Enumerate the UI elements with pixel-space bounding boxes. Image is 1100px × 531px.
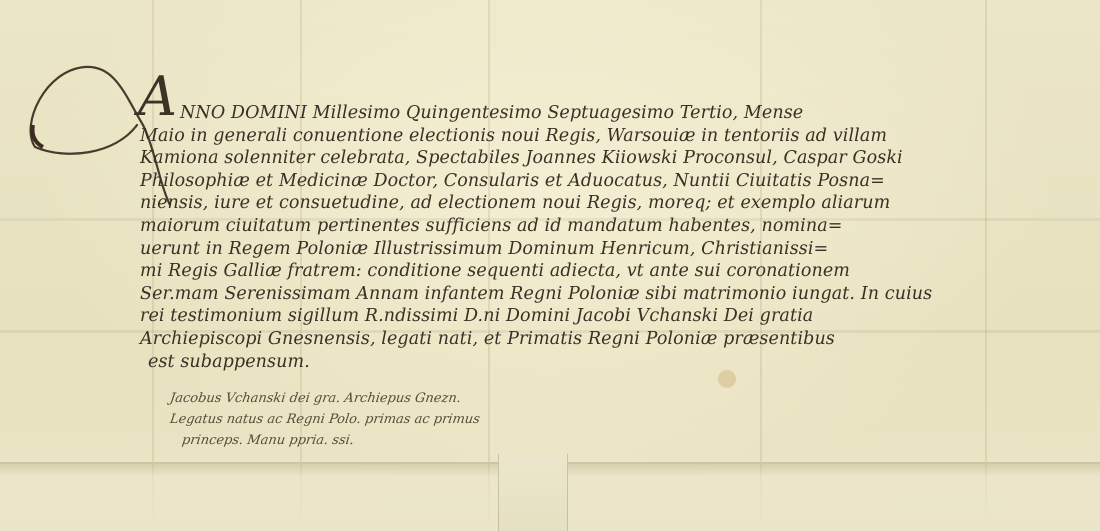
text-line: mi Regis Galliæ fratrem: conditione sequ…	[140, 260, 1100, 283]
seal-tag-slit	[498, 454, 568, 531]
text-line: uerunt in Regem Poloniæ Illustrissimum D…	[140, 238, 1100, 261]
signature-line: Legatus natus ac Regni Polo. primas ac p…	[169, 409, 652, 430]
charter-text: NNO DOMINI Millesimo Quingentesimo Septu…	[140, 102, 1100, 373]
text-line: Kamiona solenniter celebrata, Spectabile…	[140, 147, 1100, 170]
text-line: est subappensum.	[140, 351, 1100, 374]
signature-line: Jacobus Vchanski dei gra. Archiepus Gnez…	[169, 388, 652, 409]
text-line: Philosophiæ et Medicinæ Doctor, Consular…	[140, 170, 1100, 193]
text-line: maiorum ciuitatum pertinentes sufficiens…	[140, 215, 1100, 238]
text-line: NNO DOMINI Millesimo Quingentesimo Septu…	[140, 102, 1100, 125]
parchment-document: A NNO DOMINI Millesimo Quingentesimo Sep…	[0, 0, 1100, 531]
signature-line: princeps. Manu ppria. ssi.	[169, 430, 652, 451]
text-line: Archiepiscopi Gnesnensis, legati nati, e…	[140, 328, 1100, 351]
text-line: niensis, iure et consuetudine, ad electi…	[140, 192, 1100, 215]
text-line: Ser.mam Serenissimam Annam infantem Regn…	[140, 283, 1100, 306]
text-line: rei testimonium sigillum R.ndissimi D.ni…	[140, 305, 1100, 328]
text-line: Maio in generali conuentione electionis …	[140, 125, 1100, 148]
signature-block: Jacobus Vchanski dei gra. Archiepus Gnez…	[170, 388, 650, 451]
